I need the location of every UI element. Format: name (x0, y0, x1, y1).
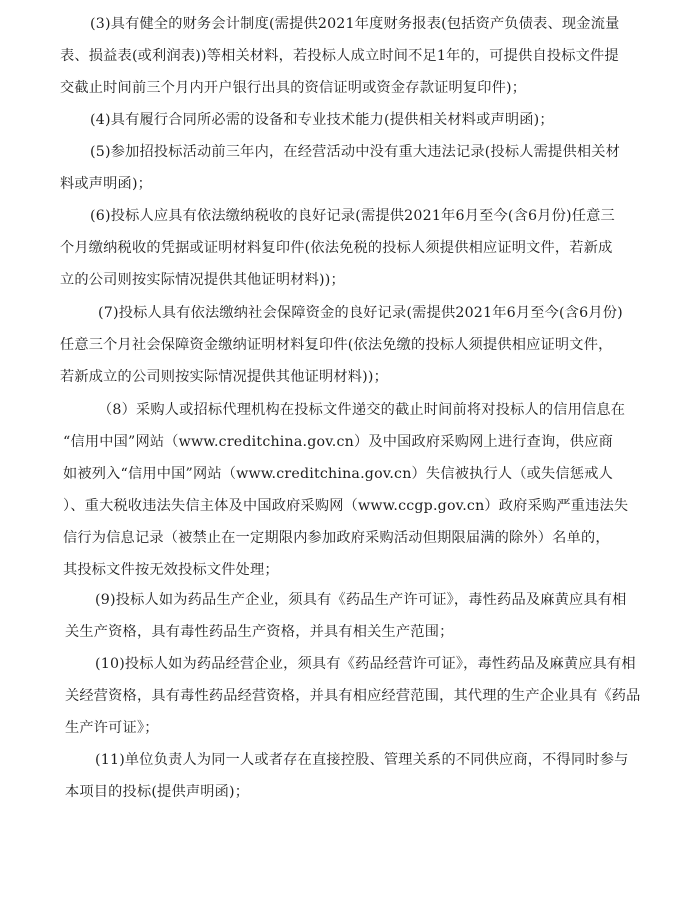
req-7-line-3: 若新成立的公司则按实际情况提供其他证明材料))； (60, 367, 388, 387)
req-7-line-1: (7)投标人具有依法缴纳社会保障资金的良好记录(需提供2021年6月至今(含6月… (98, 303, 623, 323)
req-8-line-3: 如被列入“信用中国”网站（www.creditchina.gov.cn）失信被执… (63, 464, 613, 484)
req-8-line-4: ）、重大税收违法失信主体及中国政府采购网（www.ccgp.gov.cn）政府采… (63, 496, 628, 516)
req-9-line-1: (9)投标人如为药品生产企业，须具有《药品生产许可证》，毒性药品及麻黄应具有相 (95, 590, 627, 610)
req-9-line-2: 关生产资格，具有毒性药品生产资格，并具有相关生产范围； (65, 622, 453, 642)
req-10-line-3: 生产许可证》； (65, 718, 159, 738)
req-3-line-2: 表、损益表(或利润表))等相关材料，若投标人成立时间不足1年的，可提供自投标文件… (60, 46, 619, 66)
req-8-line-2: “信用中国”网站（www.creditchina.gov.cn）及中国政府采购网… (63, 432, 613, 452)
req-4-line-1: (4)具有履行合同所必需的设备和专业技术能力(提供相关材料或声明函)； (90, 110, 554, 130)
req-7-line-2: 任意三个月社会保障资金缴纳证明材料复印件(依法免缴的投标人须提供相应证明文件， (60, 335, 612, 355)
req-3-line-1: (3)具有健全的财务会计制度(需提供2021年度财务报表(包括资产负债表、现金流… (90, 14, 619, 34)
req-5-line-1: (5)参加招投标活动前三年内，在经营活动中没有重大违法记录(投标人需提供相关材 (90, 142, 620, 162)
req-5-line-2: 料或声明函)； (60, 174, 152, 194)
req-6-line-2: 个月缴纳税收的凭据或证明材料复印件(依法免税的投标人须提供相应证明文件，若新成 (60, 238, 612, 258)
req-10-line-1: (10)投标人如为药品经营企业，须具有《药品经营许可证》，毒性药品及麻黄应具有相 (95, 654, 636, 674)
req-3-line-3: 交截止时间前三个月内开户银行出具的资信证明或资金存款证明复印件)； (60, 78, 526, 98)
req-6-line-3: 立的公司则按实际情况提供其他证明材料))； (60, 270, 345, 290)
req-8-line-5: 信行为信息记录（被禁止在一定期限内参加政府采购活动但期限届满的除外）名单的， (63, 528, 610, 548)
req-10-line-2: 关经营资格，具有毒性药品经营资格，并具有相应经营范围，其代理的生产企业具有《药品 (65, 686, 641, 706)
req-8-line-6: 其投标文件按无效投标文件处理； (63, 560, 279, 580)
req-11-line-2: 本项目的投标(提供声明函)； (65, 782, 249, 802)
document-page: (3)具有健全的财务会计制度(需提供2021年度财务报表(包括资产负债表、现金流… (0, 0, 690, 922)
req-8-line-1: （8）采购人或招标代理机构在投标文件递交的截止时间前将对投标人的信用信息在 (98, 400, 625, 420)
req-6-line-1: (6)投标人应具有依法缴纳税收的良好记录(需提供2021年6月至今(含6月份)任… (90, 206, 615, 226)
req-11-line-1: (11)单位负责人为同一人或者存在直接控股、管理关系的不同供应商，不得同时参与 (95, 750, 629, 770)
